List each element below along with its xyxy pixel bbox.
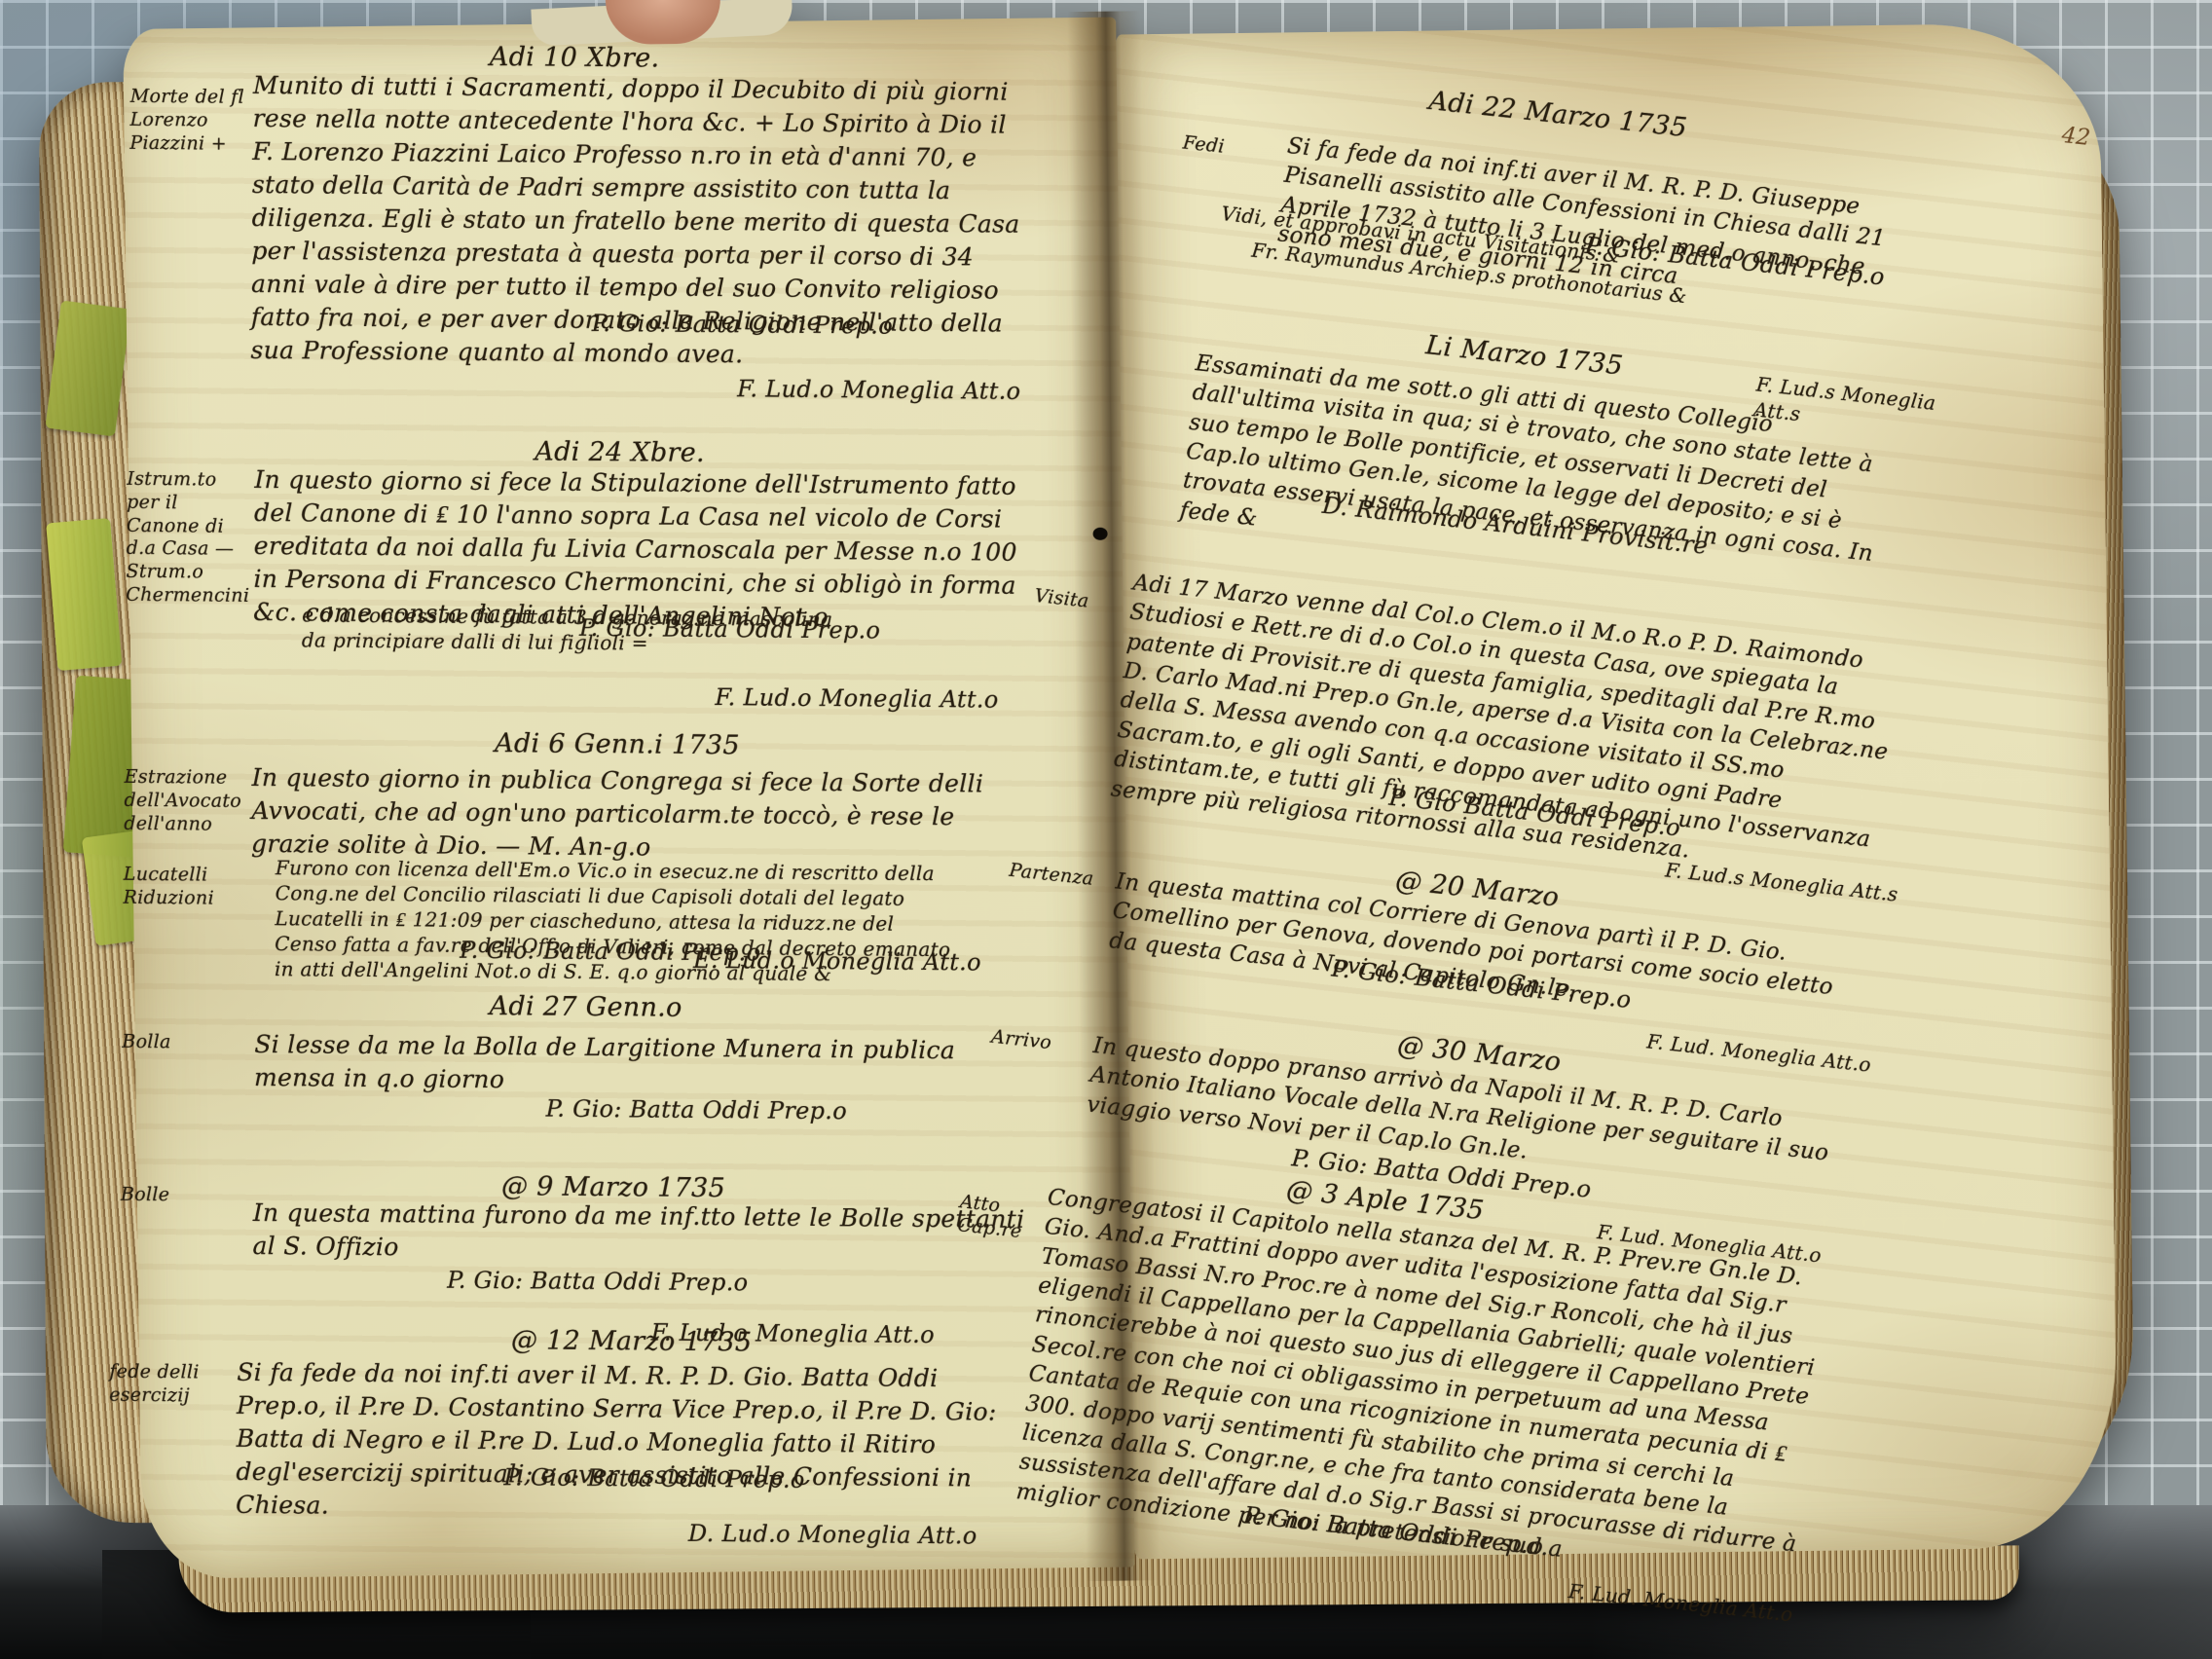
page-number: 42 — [2060, 123, 2091, 151]
signature: F. Lud.o Moneglia Att.o — [737, 375, 1020, 405]
margin-note: Bolla — [122, 1031, 239, 1055]
margin-note: fede delli esercizij — [109, 1361, 236, 1409]
entry-body: Si lesse da me la Bolla de Largitione Mu… — [254, 1028, 1034, 1101]
signature: F. Lud. Moneglia Att.o — [1567, 1579, 1794, 1626]
margin-note: Fedi — [1182, 131, 1281, 165]
signature: P. Gio: Batta Oddi Prep.o — [447, 1267, 748, 1297]
entry-date-heading: Adi 6 Genn.i 1735 — [423, 727, 812, 760]
margin-note: Lucatelli Riduzioni — [124, 864, 240, 911]
manuscript-book: 42 Morte del fl Lorenzo Piazzini + Adi 1… — [33, 0, 2136, 1621]
entry-date-heading: @ 12 Marzo 1735 — [447, 1325, 817, 1358]
signature: P. Gio: Batta Oddi Prep.o — [592, 310, 893, 340]
entry-body: In questa mattina furono da me inf.tto l… — [252, 1197, 1032, 1270]
margin-note: Bolle — [121, 1184, 238, 1208]
journal-entry: Adi 24 Xbre. Istrum.to per il Canone di … — [133, 433, 1039, 441]
entry-body: In questo giorno in publica Congrega si … — [251, 761, 1041, 867]
entry-date-heading: Adi 24 Xbre. — [424, 435, 814, 468]
signature: P. Gio: Batta Oddi Prep.o — [546, 1095, 847, 1125]
left-page-text: Morte del fl Lorenzo Piazzini + Adi 10 X… — [124, 39, 1043, 1575]
journal-entry: @ 9 Marzo 1735 Bolle In questa mattina f… — [127, 1168, 1032, 1176]
signature: F. Lud.o Moneglia Att.o — [715, 683, 998, 714]
entry-date-heading: Adi 27 Genn.o — [401, 990, 771, 1023]
journal-entry: Adi 27 Genn.o Bolla Si lesse da me la Bo… — [129, 988, 1034, 996]
journal-entry: Adi 6 Genn.i 1735 Estrazione dell'Avocat… — [130, 725, 1036, 733]
margin-note: Morte del fl Lorenzo Piazzini + — [129, 86, 247, 156]
signature: F. Lud. Moneglia Att.o — [1645, 1029, 1872, 1076]
signature: D. Lud.o Moneglia Att.o — [688, 1520, 977, 1550]
entry-body: Si fa fede da noi inf.ti aver il M. R. P… — [236, 1356, 1030, 1529]
photo-background: 42 Morte del fl Lorenzo Piazzini + Adi 1… — [0, 0, 2212, 1659]
margin-note: Istrum.to per il Canone di d.a Casa — St… — [126, 468, 243, 608]
signature: P. Gio: Batta Oddi Prep.o — [579, 614, 880, 645]
signature: E. Lud.o Moneglia Att.o — [693, 946, 981, 977]
tape-strip — [46, 518, 122, 671]
entry-date-heading: Adi 10 Xbre. — [370, 41, 779, 75]
entry-body: Adi 17 Marzo venne dal Col.o Clem.o il M… — [1110, 569, 1909, 887]
margin-note: Estrazione dell'Avocato dell'anno — [124, 766, 241, 836]
signature: P. Gio: Batta Oddi Prep.o — [503, 1463, 804, 1493]
right-page-text: Adi 22 Marzo 1735 Fedi Si fa fede da noi… — [955, 53, 2008, 1658]
